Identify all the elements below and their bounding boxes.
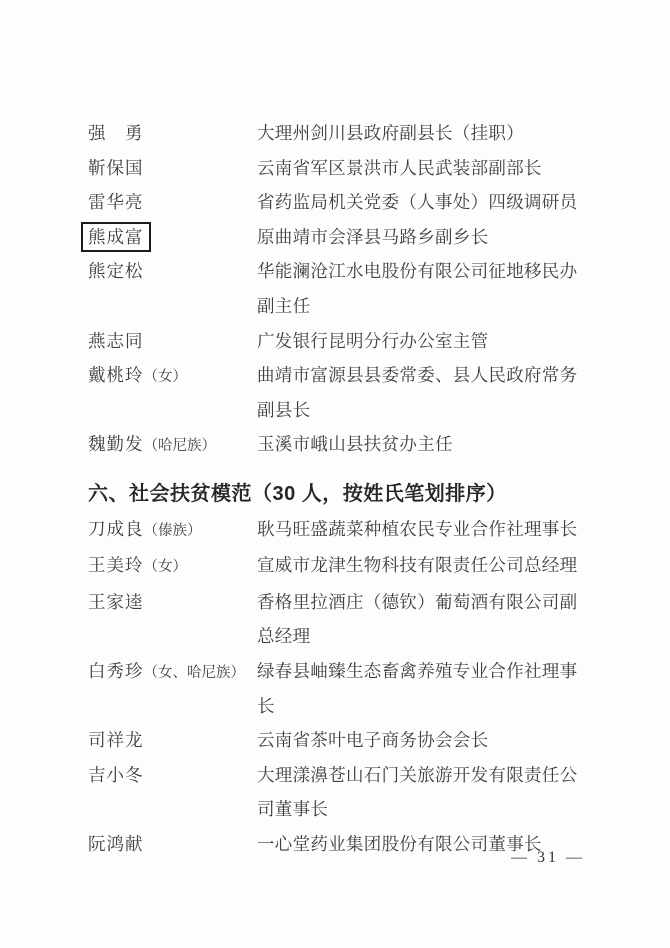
entry-title: 宣威市龙津生物科技有限责任公司总经理: [257, 548, 595, 583]
entry-title: 香格里拉酒庄（德钦）葡萄酒有限公司副总经理: [257, 585, 595, 654]
entry-title: 省药监局机关党委（人事处）四级调研员: [257, 185, 595, 220]
entry-title: 云南省军区景洪市人民武装部副部长: [257, 151, 595, 186]
entry-title: 玉溪市峨山县扶贫办主任: [257, 427, 595, 462]
list-entry-row: 司祥龙 云南省茶叶电子商务协会会长: [88, 723, 595, 758]
page-number: — 31 —: [511, 849, 585, 867]
list-entry-row: 强 勇 大理州剑川县政府副县长（挂职）: [88, 116, 595, 151]
entry-name-column: 熊定松: [88, 254, 257, 289]
entry-suffix: （哈尼族）: [144, 438, 217, 454]
entry-title: 广发银行昆明分行办公室主管: [257, 324, 595, 359]
entry-name-column: 魏勤发（哈尼族）: [88, 427, 257, 464]
document-body: 强 勇 大理州剑川县政府副县长（挂职） 靳保国 云南省军区景洪市人民武装部副部长…: [88, 116, 595, 861]
list-entry-row: 雷华亮 省药监局机关党委（人事处）四级调研员: [88, 185, 595, 220]
entry-name: 白秀珍: [88, 661, 144, 681]
list-entry-row: 魏勤发（哈尼族） 玉溪市峨山县扶贫办主任: [88, 427, 595, 464]
entry-name-column: 靳保国: [88, 151, 257, 186]
list-entry-row: 王美玲（女） 宣威市龙津生物科技有限责任公司总经理: [88, 548, 595, 585]
entry-name: 熊定松: [88, 261, 144, 281]
entry-title: 曲靖市富源县县委常委、县人民政府常务副县长: [257, 358, 595, 427]
entry-name: 司祥龙: [88, 730, 144, 750]
entry-title: 云南省茶叶电子商务协会会长: [257, 723, 595, 758]
list-entry-row: 熊成富 原曲靖市会泽县马路乡副乡长: [88, 220, 595, 255]
list-entry-row: 戴桃玲（女） 曲靖市富源县县委常委、县人民政府常务副县长: [88, 358, 595, 427]
list-entry-row: 白秀珍（女、哈尼族） 绿春县岫臻生态畜禽养殖专业合作社理事长: [88, 654, 595, 723]
list-entry-row: 靳保国 云南省军区景洪市人民武装部副部长: [88, 151, 595, 186]
entry-name: 雷华亮: [88, 192, 144, 212]
entry-name: 吉小冬: [88, 765, 144, 785]
entry-title: 华能澜沧江水电股份有限公司征地移民办副主任: [257, 254, 595, 323]
entry-title: 大理州剑川县政府副县长（挂职）: [257, 116, 595, 151]
entry-name-column: 司祥龙: [88, 723, 257, 758]
entry-name: 王家逵: [88, 592, 144, 612]
list-entry-row: 王家逵 香格里拉酒庄（德钦）葡萄酒有限公司副总经理: [88, 585, 595, 654]
entry-title: 大理漾濞苍山石门关旅游开发有限责任公司董事长: [257, 758, 595, 827]
entry-name: 强 勇: [88, 123, 144, 143]
entry-name: 戴桃玲: [88, 365, 144, 385]
entry-name-column: 王美玲（女）: [88, 548, 257, 585]
entry-name-column: 刀成良（傣族）: [88, 512, 257, 549]
entry-name-column: 阮鸿献: [88, 827, 257, 862]
entry-name-column: 熊成富: [88, 220, 257, 255]
entry-name: 王美玲: [88, 555, 144, 575]
entry-name-column: 王家逵: [88, 585, 257, 620]
entry-title: 原曲靖市会泽县马路乡副乡长: [257, 220, 595, 255]
entry-suffix: （傣族）: [144, 523, 202, 539]
entry-title: 耿马旺盛蔬菜种植农民专业合作社理事长: [257, 512, 595, 547]
document-page: 强 勇 大理州剑川县政府副县长（挂职） 靳保国 云南省军区景洪市人民武装部副部长…: [0, 0, 670, 948]
entry-name: 刀成良: [88, 519, 144, 539]
entry-name-column: 吉小冬: [88, 758, 257, 793]
entry-suffix: （女）: [144, 559, 188, 575]
entry-name: 魏勤发: [88, 434, 144, 454]
entry-name-column: 燕志同: [88, 324, 257, 359]
entry-suffix: （女、哈尼族）: [144, 665, 246, 681]
entry-name-column: 强 勇: [88, 116, 257, 151]
entry-name-column: 戴桃玲（女）: [88, 358, 257, 395]
entry-name: 熊成富: [81, 222, 151, 252]
entry-title: 绿春县岫臻生态畜禽养殖专业合作社理事长: [257, 654, 595, 723]
list-entry-row: 燕志同 广发银行昆明分行办公室主管: [88, 324, 595, 359]
entry-name: 靳保国: [88, 158, 144, 178]
entry-name-column: 白秀珍（女、哈尼族）: [88, 654, 257, 691]
entry-name: 燕志同: [88, 331, 144, 351]
list-entry-row: 吉小冬 大理漾濞苍山石门关旅游开发有限责任公司董事长: [88, 758, 595, 827]
entry-name-column: 雷华亮: [88, 185, 257, 220]
entry-suffix: （女）: [144, 369, 188, 385]
entry-name: 阮鸿献: [88, 834, 144, 854]
list-entry-row: 熊定松 华能澜沧江水电股份有限公司征地移民办副主任: [88, 254, 595, 323]
list-entry-row: 刀成良（傣族） 耿马旺盛蔬菜种植农民专业合作社理事长: [88, 512, 595, 549]
section-heading: 六、社会扶贫模范（30 人，按姓氏笔划排序）: [88, 477, 595, 512]
